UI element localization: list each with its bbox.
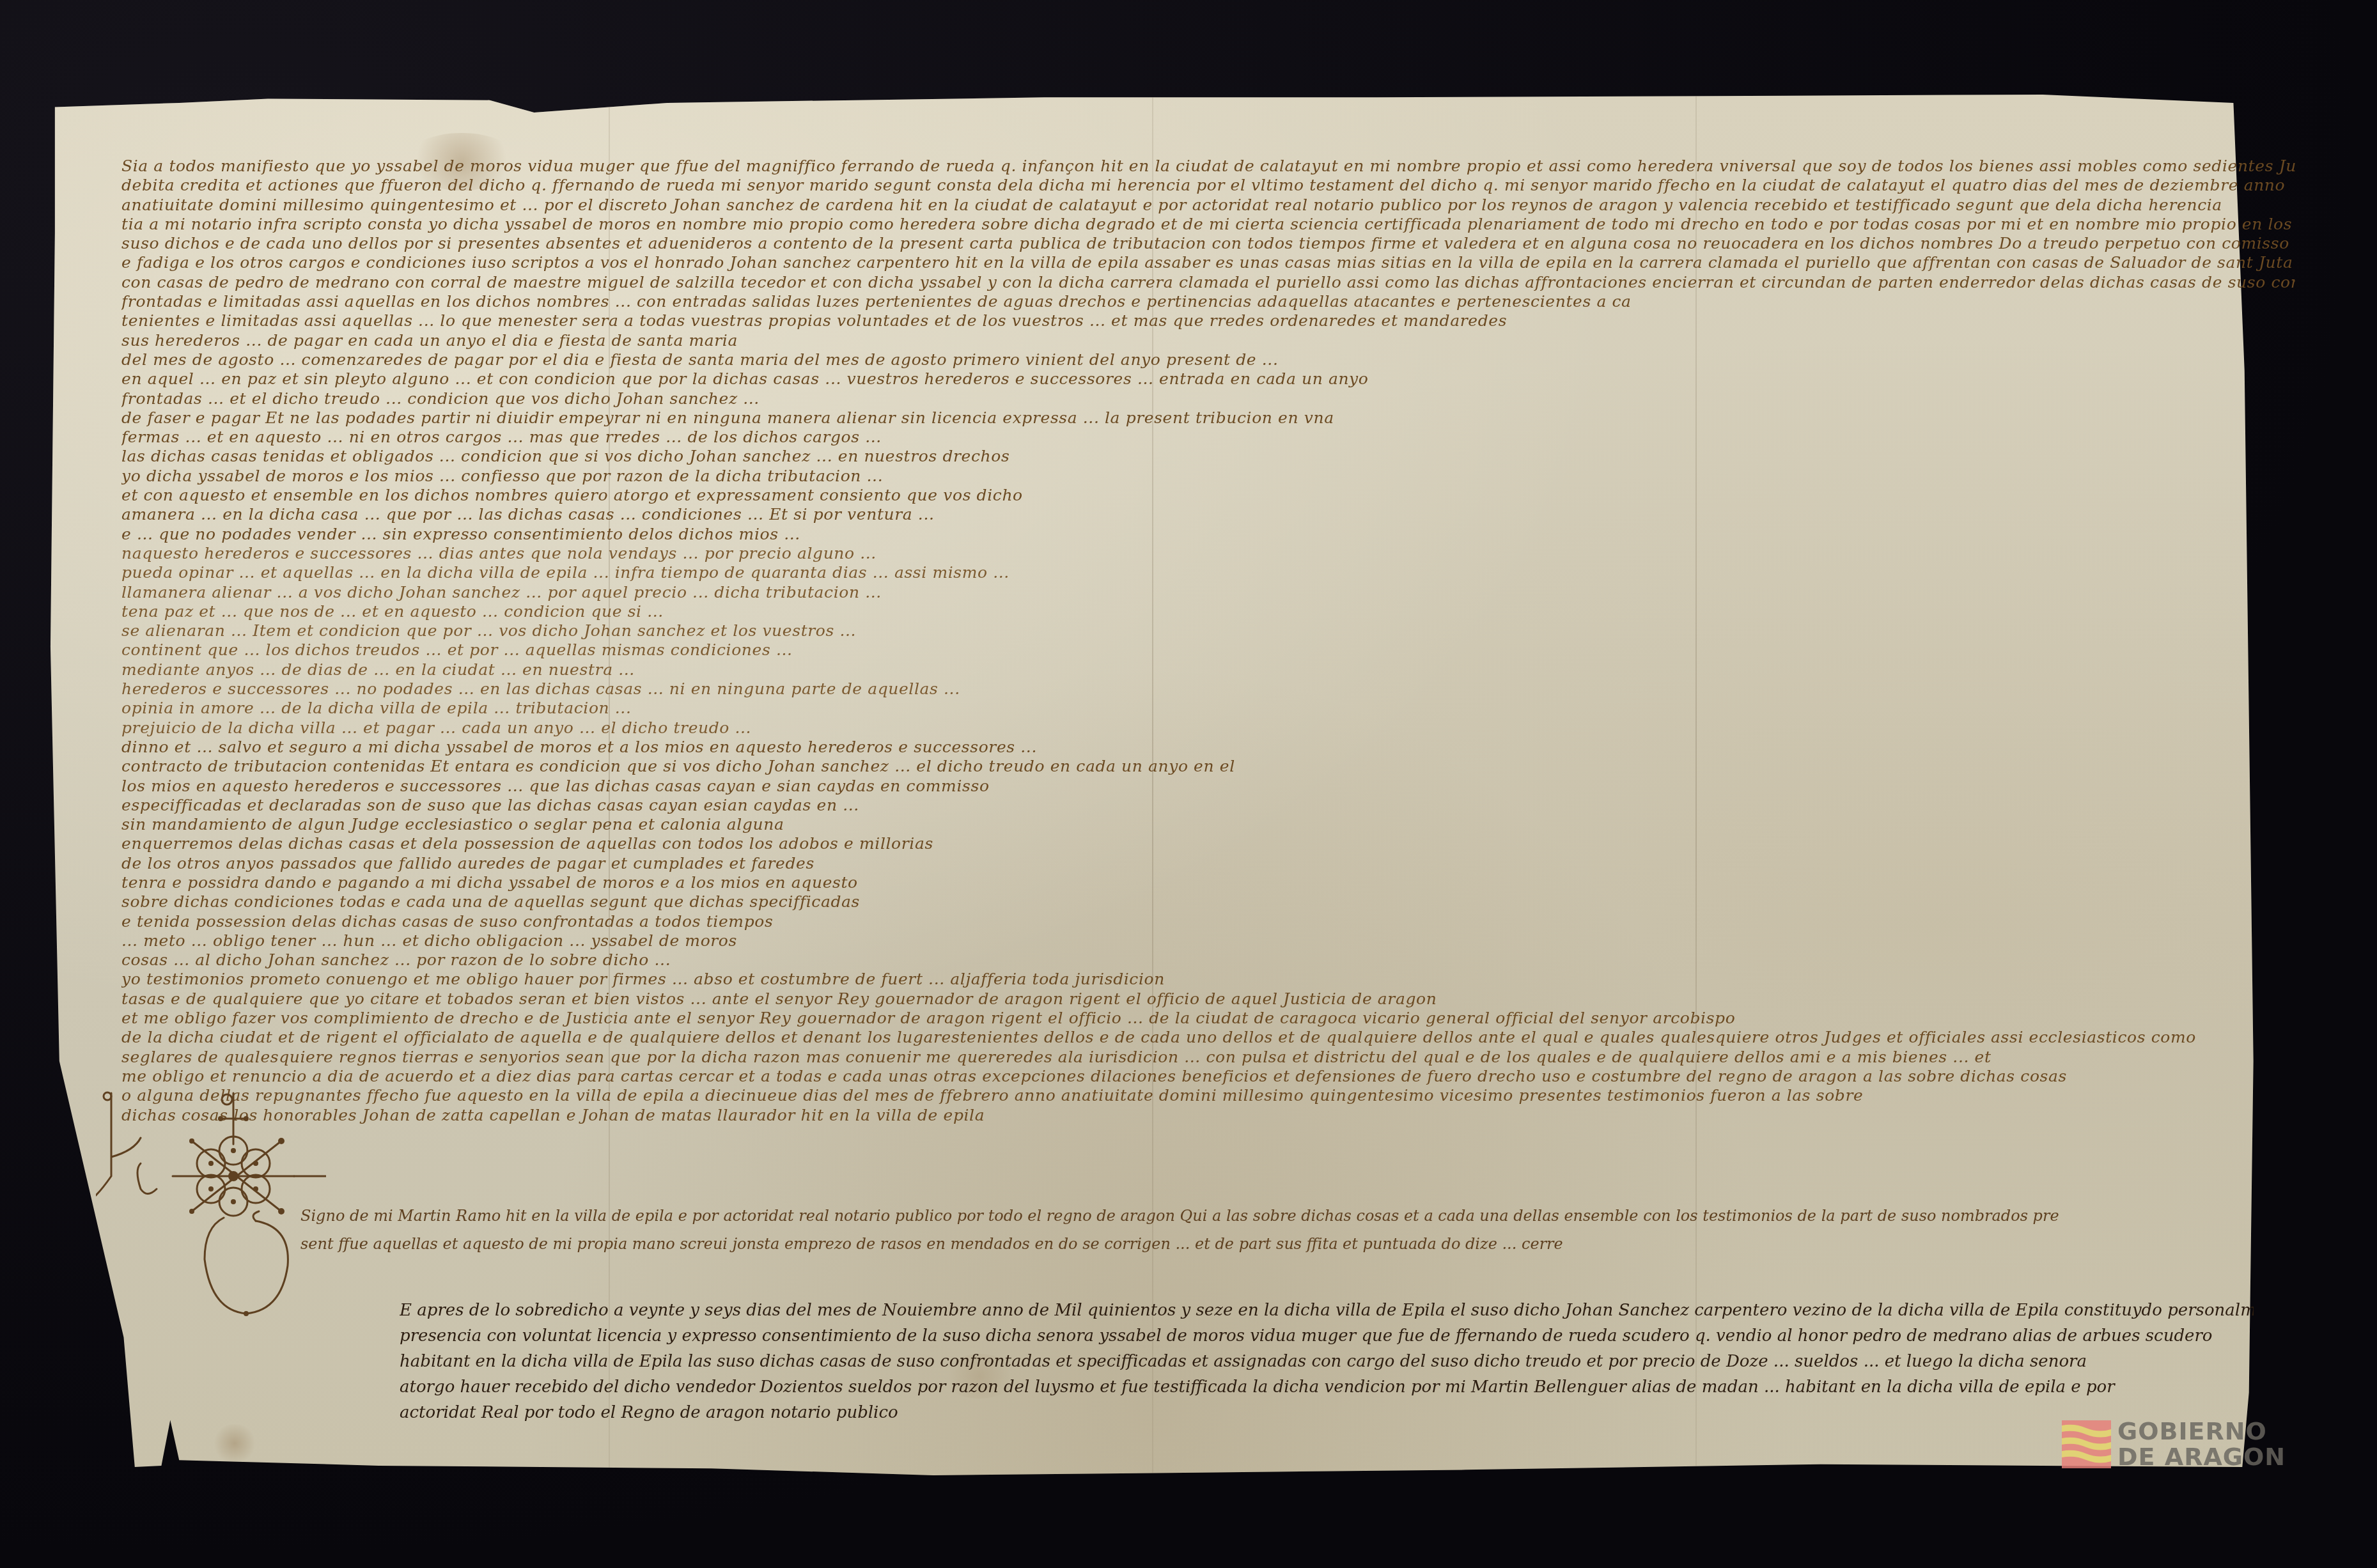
manuscript-line: e fadiga e los otros cargos e condicione…	[121, 253, 2295, 272]
manuscript-line: en aquel ... en paz et sin pleyto alguno…	[121, 369, 2295, 389]
manuscript-line: frontadas e limitadas assi aquellas en l…	[121, 292, 2295, 311]
annotation-line: atorgo hauer recebido del dicho vendedor…	[400, 1374, 2254, 1400]
manuscript-line: seglares de qualesquiere regnos tierras …	[121, 1048, 2295, 1067]
watermark-line2: DE ARAGON	[2117, 1444, 2286, 1470]
manuscript-line: sus herederos ... de pagar en cada un an…	[121, 331, 2295, 350]
manuscript-line: tia a mi notario infra scripto consta yo…	[121, 215, 2295, 234]
annotation-line: presencia con voluntat licencia y expres…	[400, 1323, 2254, 1349]
manuscript-line: tenra e possidra dando e pagando a mi di…	[121, 873, 2295, 892]
manuscript-line: sobre dichas condiciones todas e cada un…	[121, 892, 2295, 912]
manuscript-line: frontadas ... et el dicho treudo ... con…	[121, 389, 2295, 408]
manuscript-line: herederos e successores ... no podades .…	[121, 679, 2295, 699]
manuscript-line: dinno et ... salvo et seguro a mi dicha …	[121, 738, 2295, 757]
scan-viewport: Sia a todos manifiesto que yo yssabel de…	[0, 0, 2377, 1568]
manuscript-line: con casas de pedro de medrano con corral…	[121, 273, 2295, 292]
manuscript-line: o alguna dellas repugnantes ffecho fue a…	[121, 1086, 2071, 1105]
manuscript-line: naquesto herederos e successores ... dia…	[121, 544, 2295, 563]
manuscript-line: anatiuitate domini millesimo quingentesi…	[121, 196, 2295, 215]
manuscript-line: tenientes e limitadas assi aquellas ... …	[121, 311, 2295, 330]
annotation-line: actoridat Real por todo el Regno de arag…	[400, 1400, 911, 1425]
manuscript-line: de la dicha ciudat et de rigent el offic…	[121, 1028, 2295, 1047]
manuscript-line: et con aquesto et ensemble en los dichos…	[121, 486, 2295, 505]
manuscript-line: e ... que no podades vender ... sin expr…	[121, 525, 2295, 544]
manuscript-line: et me obligo fazer vos complimiento de d…	[121, 1009, 2295, 1028]
subscription-line: Signo de mi Martin Ramo hit en la villa …	[300, 1202, 2282, 1230]
manuscript-line: llamanera alienar ... a vos dicho Johan …	[121, 583, 2295, 602]
aragon-flag-icon	[2062, 1420, 2111, 1468]
manuscript-line: contracto de tributacion contenidas Et e…	[121, 757, 2295, 776]
watermark-line1: GOBIERNO	[2117, 1418, 2286, 1444]
manuscript-line: cosas ... al dicho Johan sanchez ... por…	[121, 951, 2295, 970]
manuscript-line: tena paz et ... que nos de ... et en aqu…	[121, 602, 2295, 621]
manuscript-body: Sia a todos manifiesto que yo yssabel de…	[121, 157, 2295, 1125]
notary-signum-icon	[96, 1080, 326, 1323]
manuscript-line: pueda opinar ... et aquellas ... en la d…	[121, 563, 2295, 582]
manuscript-line: yo dicha yssabel de moros e los mios ...…	[121, 467, 2295, 486]
annotation-line: habitant en la dicha villa de Epila las …	[400, 1349, 2254, 1374]
manuscript-line: ... meto ... obligo tener ... hun ... et…	[121, 931, 2295, 951]
subscription-line: sent ffue aquellas et aquesto de mi prop…	[300, 1230, 2282, 1258]
gobierno-aragon-watermark: GOBIERNO DE ARAGON	[2062, 1418, 2286, 1470]
manuscript-line: yo testimonios prometo conuengo et me ob…	[121, 970, 2295, 989]
manuscript-line: enquerremos delas dichas casas et dela p…	[121, 834, 2295, 853]
manuscript-line: especifficadas et declaradas son de suso…	[121, 796, 2295, 815]
manuscript-line: opinia in amore ... de la dicha villa de…	[121, 699, 2295, 718]
manuscript-line: me obligo et renuncio a dia de acuerdo e…	[121, 1067, 2295, 1086]
later-annotation: E apres de lo sobredicho a veynte y seys…	[400, 1298, 2254, 1425]
manuscript-line: sin mandamiento de algun Judge ecclesias…	[121, 815, 2295, 834]
manuscript-line: amanera ... en la dicha casa ... que por…	[121, 505, 2295, 524]
manuscript-line: se alienaran ... Item et condicion que p…	[121, 621, 2295, 640]
annotation-line: E apres de lo sobredicho a veynte y seys…	[400, 1298, 2254, 1323]
manuscript-line: Sia a todos manifiesto que yo yssabel de…	[121, 157, 2295, 176]
stain	[212, 1424, 257, 1463]
manuscript-line: de los otros anyos passados que fallido …	[121, 854, 2295, 873]
manuscript-line: las dichas casas tenidas et obligados ..…	[121, 447, 2295, 466]
manuscript-line: del mes de agosto ... comenzaredes de pa…	[121, 350, 2295, 369]
manuscript-line: de faser e pagar Et ne las podades parti…	[121, 408, 2295, 428]
manuscript-line: continent que ... los dichos treudos ...…	[121, 640, 2295, 660]
manuscript-line: e tenida possession delas dichas casas d…	[121, 912, 2295, 931]
manuscript-line: los mios en aquesto herederos e successo…	[121, 777, 2295, 796]
notary-subscription: Signo de mi Martin Ramo hit en la villa …	[300, 1202, 2282, 1258]
manuscript-line: mediante anyos ... de dias de ... en la …	[121, 660, 2295, 679]
manuscript-line: tasas e de qualquiere que yo citare et t…	[121, 990, 2295, 1009]
manuscript-line: debita credita et actiones que ffueron d…	[121, 176, 2295, 195]
manuscript-line: prejuicio de la dicha villa ... et pagar…	[121, 718, 2295, 738]
manuscript-line: suso dichos e de cada uno dellos por si …	[121, 234, 2295, 253]
manuscript-line: fermas ... et en aquesto ... ni en otros…	[121, 428, 2295, 447]
